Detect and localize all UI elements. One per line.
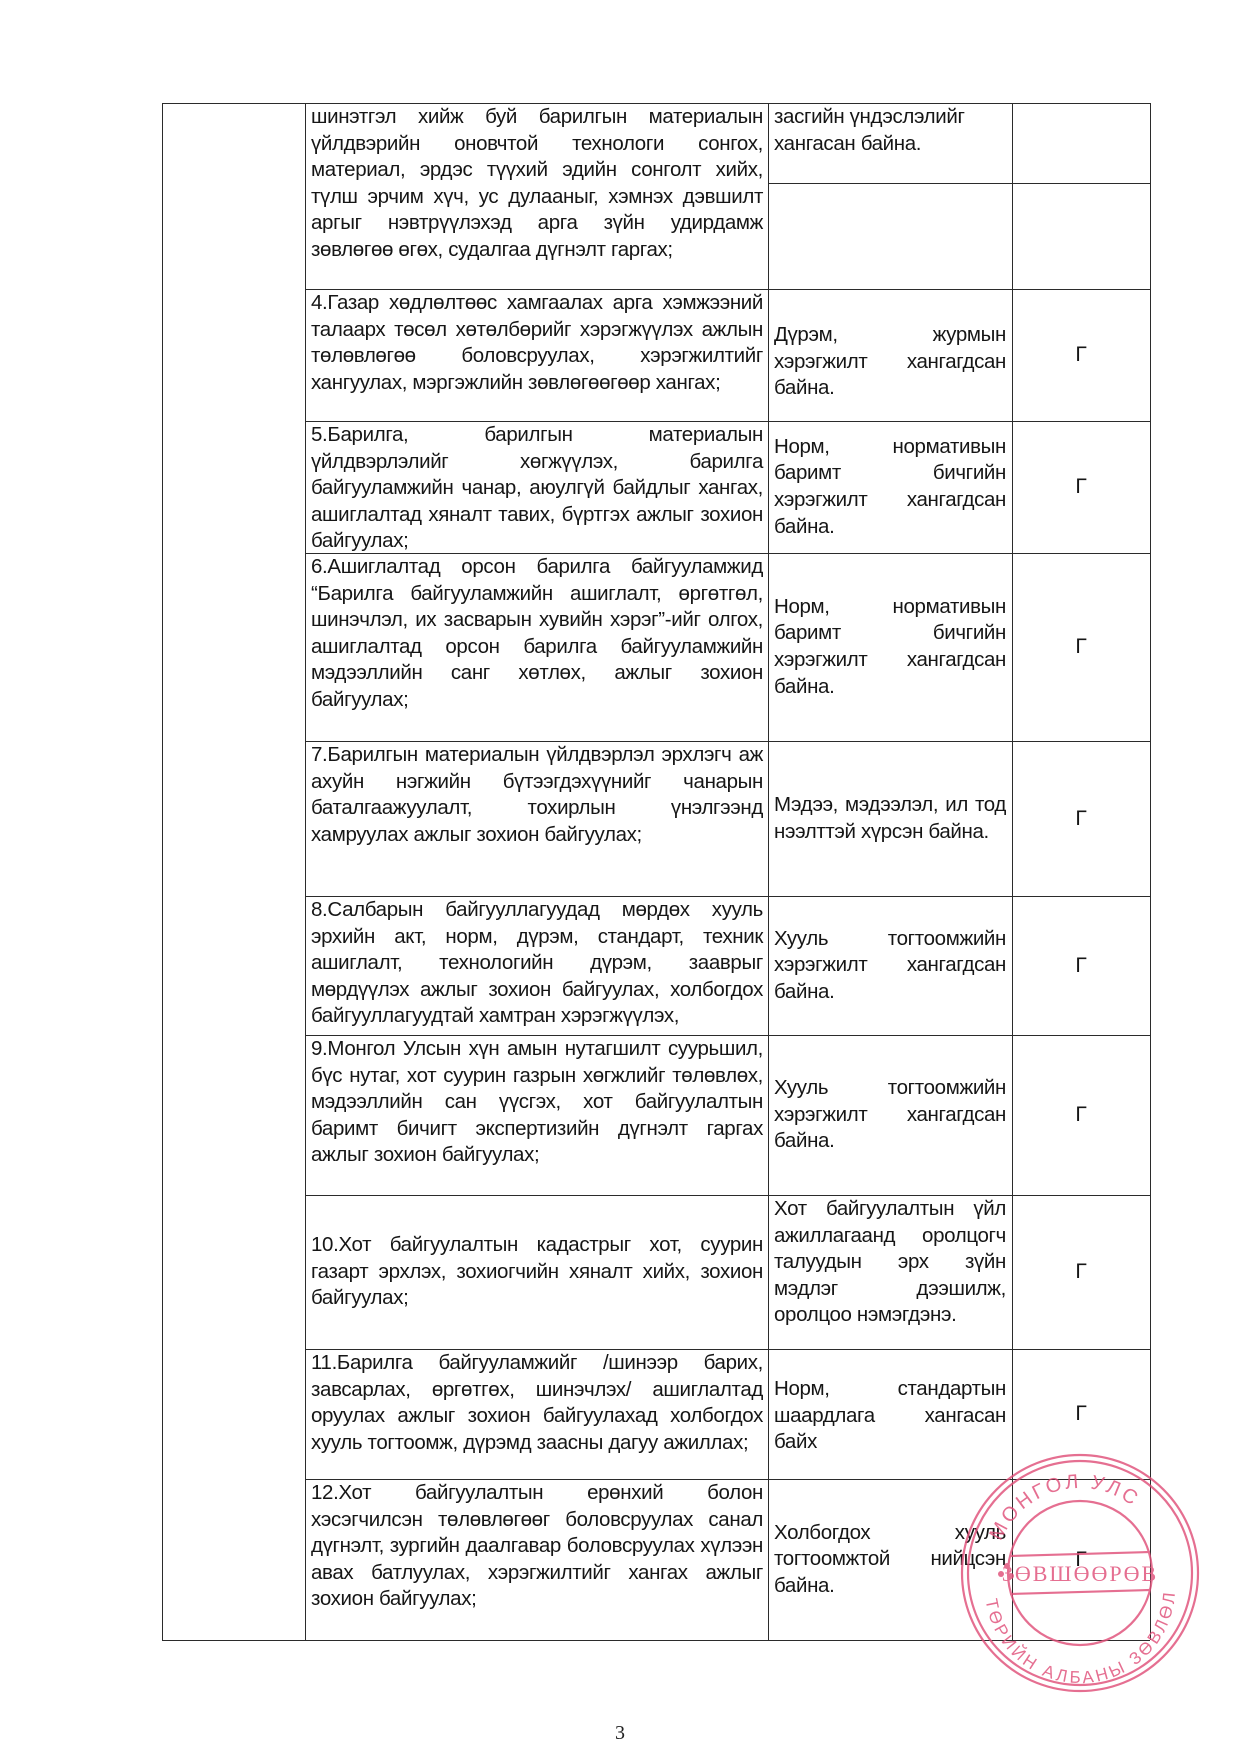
result-text: Мэдээ, мэдээлэл, ил тод нээлттэй хүрсэн … (774, 792, 1006, 845)
activity-cell: 8.Салбарын байгууллагуудад мөрдөх хууль … (311, 897, 763, 1035)
result-cell: Норм, нормативын баримт бичгийн хэрэгжил… (774, 553, 1006, 741)
grade-cell: Г (1012, 289, 1150, 421)
grade-cell: Г (1012, 1035, 1150, 1195)
page-number: 3 (0, 1722, 1240, 1745)
evaluation-table: шинэтгэл хийж буй барилгын материалын үй… (162, 103, 1150, 1640)
result-text: Хууль тогтоомжийн хэрэгжилт хангагдсан б… (774, 1075, 1006, 1155)
result-cell: Норм, нормативын баримт бичгийн хэрэгжил… (774, 421, 1006, 553)
column-divider (768, 103, 769, 1640)
activity-cell: 6.Ашиглалтад орсон барилга байгууламжид … (311, 554, 763, 741)
result-cell: засгийн үндэслэлийг хангасан байна. (774, 104, 1006, 184)
result-cell: Хот байгуулалтын үйл ажиллагаанд оролцог… (774, 1196, 1006, 1349)
grade-cell: Г (1012, 1195, 1150, 1349)
grade-cell: Г (1012, 1479, 1150, 1640)
activity-cell: 9.Монгол Улсын хүн амын нутагшилт суурьш… (311, 1036, 763, 1195)
result-cell: Мэдээ, мэдээлэл, ил тод нээлттэй хүрсэн … (774, 741, 1006, 896)
grade-cell: Г (1012, 741, 1150, 896)
grade-cell: Г (1012, 553, 1150, 741)
activity-cell: 11.Барилга байгууламжийг /шинээр барих, … (311, 1350, 763, 1480)
activity-cell: 7.Барилгын материалын үйлдвэрлэл эрхлэгч… (311, 742, 763, 896)
document-page: шинэтгэл хийж буй барилгын материалын үй… (0, 0, 1240, 1753)
table-border-left (162, 103, 163, 1640)
result-cell: Дүрэм, журмын хэрэгжилт хангагдсан байна… (774, 303, 1006, 421)
result-cell: Хууль тогтоомжийн хэрэгжилт хангагдсан б… (774, 1035, 1006, 1195)
result-cell: Хууль тогтоомжийн хэрэгжилт хангагдсан б… (774, 896, 1006, 1035)
activity-text: 10.Хот байгуулалтын кадастрыг хот, суури… (311, 1232, 763, 1312)
result-text: Хууль тогтоомжийн хэрэгжилт хангагдсан б… (774, 926, 1006, 1006)
result-text: Дүрэм, журмын хэрэгжилт хангагдсан байна… (774, 322, 1006, 402)
result-cell: Холбогдох хууль тогтоомжтой нийцсэн байн… (774, 1479, 1006, 1640)
activity-cell: 5.Барилга, барилгын материалын үйлдвэрлэ… (311, 422, 763, 553)
activity-cell: 12.Хот байгуулалтын ерөнхий болон хэсэгч… (311, 1480, 763, 1640)
result-text: Норм, нормативын баримт бичгийн хэрэгжил… (774, 434, 1006, 540)
table-border-bottom (162, 1640, 1150, 1641)
grade-cell: Г (1012, 896, 1150, 1035)
column-divider (305, 103, 306, 1640)
grade-cell: Г (1012, 1349, 1150, 1479)
activity-cell: шинэтгэл хийж буй барилгын материалын үй… (311, 104, 763, 289)
activity-cell: 4.Газар хөдлөлтөөс хамгаалах арга хэмжээ… (311, 290, 763, 421)
result-text: Норм, нормативын баримт бичгийн хэрэгжил… (774, 594, 1006, 700)
activity-cell: 10.Хот байгуулалтын кадастрыг хот, суури… (311, 1195, 763, 1349)
result-cell: Норм, стандартын шаардлага хангасан байх (774, 1376, 1006, 1476)
result-text: Холбогдох хууль тогтоомжтой нийцсэн байн… (774, 1520, 1006, 1600)
table-border-right (1150, 103, 1151, 1640)
grade-cell: Г (1012, 421, 1150, 553)
